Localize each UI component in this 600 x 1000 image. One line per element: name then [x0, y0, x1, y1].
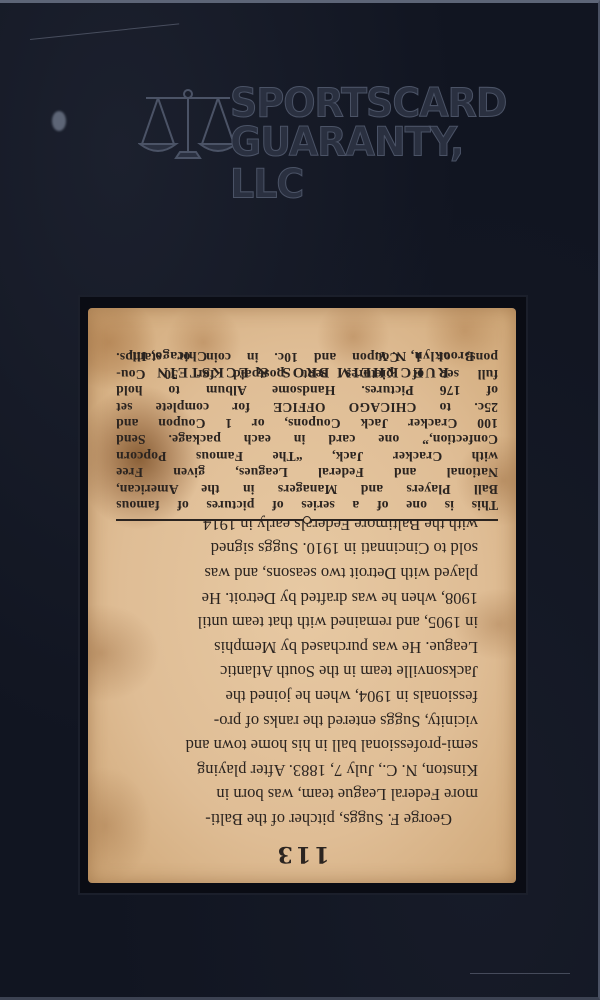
bio-line: 1908, when he was drafted by Detroit. He [128, 585, 478, 610]
bio-line: George F. Suggs, pitcher of the Balti- [128, 806, 478, 831]
grading-slab-holder: SPORTSCARD GUARANTY, LLC 113 George F. S… [0, 0, 600, 1000]
bio-line: Kinston, N. C., July 7, 1883. After play… [128, 757, 478, 782]
holder-scratch [470, 973, 570, 974]
manufacturer-locations: Brooklyn, N. Y. Chicago, Ill. [128, 347, 474, 363]
bio-line: sold to Cincinnati in 1910. Suggs signed [128, 536, 478, 561]
bio-line: Jacksonville team in the South Atlantic [128, 659, 478, 684]
bio-line: more Federal League team, was born in [128, 782, 478, 807]
grader-name-line2: GUARANTY, LLC [230, 121, 506, 205]
city-left: Brooklyn, N. Y. [375, 347, 474, 363]
baseball-card-back: 113 George F. Suggs, pitcher of the Balt… [88, 308, 516, 883]
promo-line: 100 Cracker Jack Coupons, or 1 Coupon an… [116, 415, 498, 431]
holder-scratch [30, 23, 179, 40]
bio-line: League. He was purchased by Memphis [128, 634, 478, 659]
grader-name-line1: SPORTSCARD [230, 82, 506, 124]
bio-line: semi-professional ball in his home town … [128, 733, 478, 758]
promo-line: Confection,” one card in each package. S… [116, 431, 498, 447]
promo-line: 25c. to CHICAGO OFFICE for complete set [116, 398, 498, 414]
bio-line: in 1905, and remained with that team unt… [128, 610, 478, 635]
bio-line: vicinity, Suggs entered the ranks of pro… [128, 708, 478, 733]
player-biography: George F. Suggs, pitcher of the Balti- m… [128, 511, 478, 831]
grader-logo: SPORTSCARD GUARANTY, LLC [130, 81, 470, 167]
promo-line: This is one of a series of pictures of f… [116, 497, 498, 513]
card-number: 113 [88, 841, 516, 867]
divider-rule [116, 519, 498, 521]
promo-line: Ball Players and Managers in the America… [116, 480, 498, 496]
promo-line: of 176 Pictures. Handsome Album to hold [116, 382, 498, 398]
card-content-upside-down: 113 George F. Suggs, pitcher of the Balt… [88, 308, 516, 883]
promo-line: National and Federal Leagues, given Free [116, 464, 498, 480]
city-right: Chicago, Ill. [128, 347, 207, 363]
bio-line: with the Baltimore Federals early in 191… [128, 511, 478, 536]
scales-of-justice-icon [138, 86, 238, 164]
promo-line: with Cracker Jack, “The Famous Popcorn [116, 447, 498, 463]
bio-line: played with Detroit two seasons, and was [128, 560, 478, 585]
bio-line: fessionals in 1904, when he joined the [128, 683, 478, 708]
manufacturer-name: RUECKHEIM BROS. & ECKSTEIN [128, 363, 476, 380]
holder-scuff [52, 111, 66, 131]
